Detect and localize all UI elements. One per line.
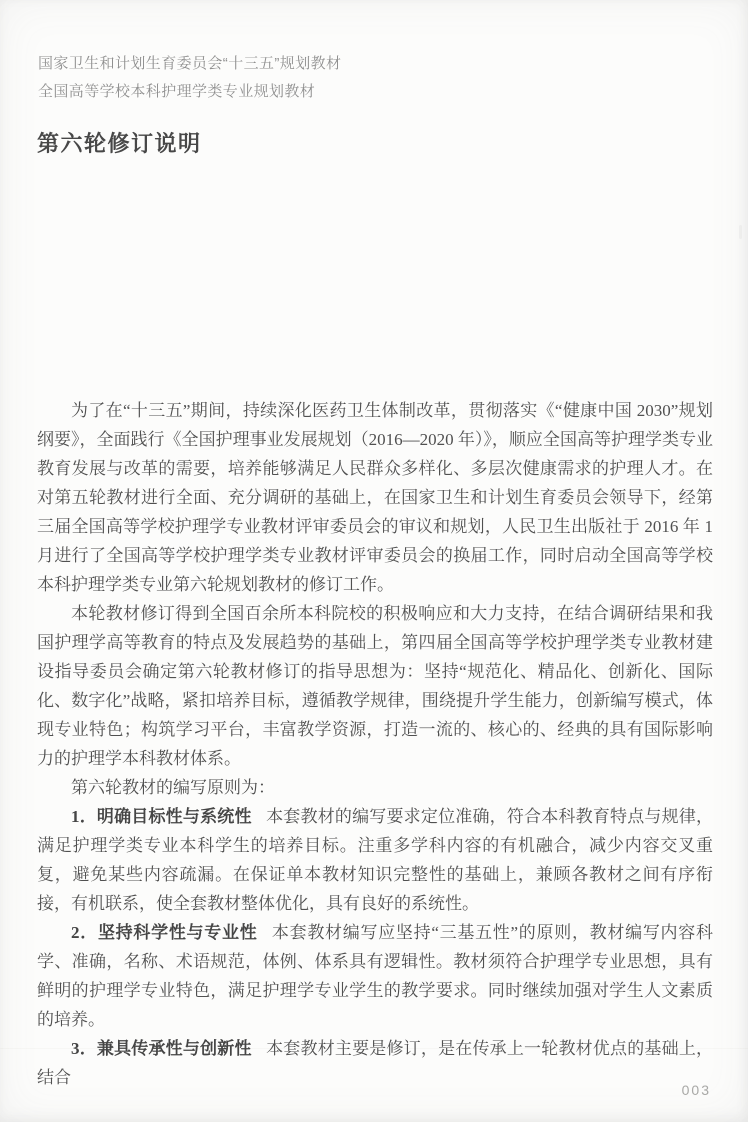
paragraph-principles-lead-in: 第六轮教材的编写原则为： [37,773,713,802]
series-line-2: 全国高等学校本科护理学类专业规划教材 [38,78,341,106]
list-item-3: 3．兼具传承性与创新性本套教材主要是修订，是在传承上一轮教材优点的基础上，结合 [37,1034,713,1092]
paragraph-intro: 为了在“十三五”期间，持续深化医药卫生体制改革，贯彻落实《“健康中国 2030”… [37,396,713,599]
list-item-1-heading: 1．明确目标性与系统性 [71,807,252,826]
body-text: 为了在“十三五”期间，持续深化医药卫生体制改革，贯彻落实《“健康中国 2030”… [37,396,713,1092]
list-item-2: 2．坚持科学性与专业性本套教材编写应坚持“三基五性”的原则，教材编写内容科学、准… [37,918,713,1034]
series-line-1: 国家卫生和计划生育委员会“十三五”规划教材 [38,50,341,78]
scan-artifact-line [0,1048,748,1049]
page-title: 第六轮修订说明 [37,127,202,158]
list-item-2-heading: 2．坚持科学性与专业性 [71,923,257,942]
scan-artifact-smudge [739,225,742,239]
paragraph-guiding-principles: 本轮教材修订得到全国百余所本科院校的积极响应和大力支持，在结合调研结果和我国护理… [37,599,713,773]
series-header: 国家卫生和计划生育委员会“十三五”规划教材 全国高等学校本科护理学类专业规划教材 [38,50,341,106]
list-item-1: 1．明确目标性与系统性本套教材的编写要求定位准确，符合本科教育特点与规律，满足护… [37,802,713,918]
scanned-book-page: 国家卫生和计划生育委员会“十三五”规划教材 全国高等学校本科护理学类专业规划教材… [0,0,748,1122]
page-number: 003 [682,1082,711,1098]
